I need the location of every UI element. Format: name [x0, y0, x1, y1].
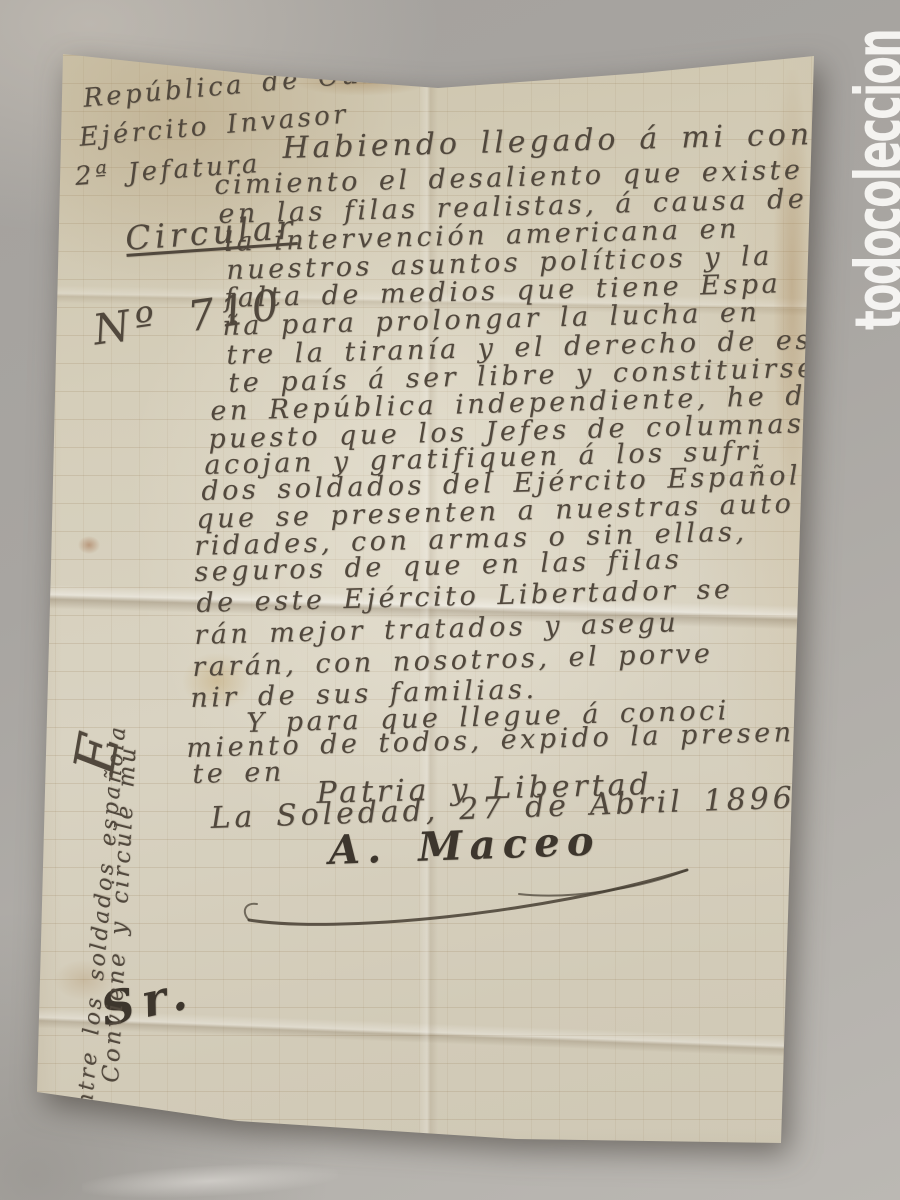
signature-flourish	[235, 854, 715, 939]
handwriting-layer: República de CubaEjército Invasor2ª Jefa…	[0, 0, 900, 1200]
paper-shadow-wrap: República de CubaEjército Invasor2ª Jefa…	[0, 0, 900, 1200]
handwritten-line: te en	[192, 757, 285, 790]
watermark-todocoleccion: todocoleccion	[842, 30, 900, 330]
photo-stage: República de CubaEjército Invasor2ª Jefa…	[0, 0, 900, 1200]
handwritten-line: República de Cuba	[82, 56, 401, 114]
document-paper: República de CubaEjército Invasor2ª Jefa…	[0, 0, 900, 1200]
